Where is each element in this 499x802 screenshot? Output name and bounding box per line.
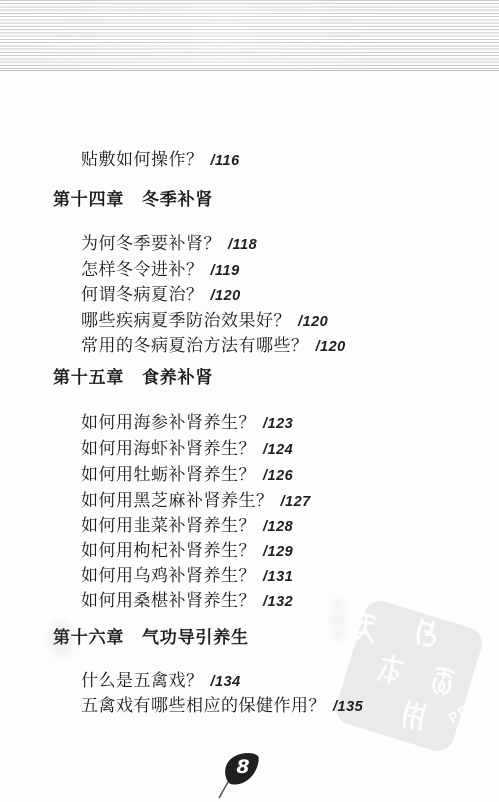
toc-item-page: /119 [211,263,240,279]
toc-item-page: /135 [333,699,363,715]
toc-item-page: /127 [281,494,311,510]
toc-item-text: 常用的冬病夏治方法有哪些？ [81,336,309,355]
toc-item-text: 如何用海参补肾养生？ [81,413,256,432]
toc-item-page: /134 [211,674,241,690]
toc-item: 如何用乌鸡补肾养生？/131 [81,566,293,587]
toc-item-page: /116 [211,153,240,169]
toc-item-page: /118 [228,237,257,253]
toc-item-page: /132 [263,594,293,610]
toc-item-page: /128 [263,519,293,535]
toc-item-page: /120 [298,314,328,330]
leaf-page-marker: 8 [217,751,269,802]
toc-item-text: 什么是五禽戏？ [81,671,204,690]
toc-item-text: 如何用枸杞补肾养生？ [81,541,256,560]
toc-item: 如何用海参补肾养生？/123 [81,413,293,434]
toc-item-page: /123 [263,416,293,432]
toc-item-text: 贴敷如何操作？ [81,150,204,169]
toc-item-page: /120 [211,288,241,304]
book-scan-page: 贴敷如何操作？/116 第十四章 冬季补肾 为何冬季要补肾？/118 怎样冬令进… [0,0,499,802]
toc-item: 什么是五禽戏？/134 [81,671,241,692]
toc-item-text: 怎样冬令进补？ [81,260,204,279]
chapter-heading: 第十六章 气功导引养生 [53,628,249,648]
watermark-stamp [332,597,486,755]
toc-item-text: 如何用牡蛎补肾养生？ [81,465,256,484]
toc-item: 如何用韭菜补肾养生？/128 [81,516,293,537]
toc-item: 怎样冬令进补？/119 [81,260,240,281]
toc-item: 如何用牡蛎补肾养生？/126 [81,465,293,486]
toc-item-text: 何谓冬病夏治？ [81,285,204,304]
toc-item-text: 如何用韭菜补肾养生？ [81,516,256,535]
toc-item: 常用的冬病夏治方法有哪些？/120 [81,336,346,357]
chapter-heading: 第十五章 食养补肾 [53,368,213,388]
toc-item-page: /120 [316,339,346,355]
toc-item: 何谓冬病夏治？/120 [81,285,241,306]
toc-item-page: /131 [263,569,293,585]
page-number: 8 [233,756,253,778]
toc-item: 如何用海虾补肾养生？/124 [81,439,293,460]
toc-item: 贴敷如何操作？/116 [81,150,240,171]
toc-item-page: /124 [263,442,293,458]
toc-item: 如何用桑椹补肾养生？/132 [81,591,293,612]
print-bleed-smudge [330,596,346,642]
toc-item: 五禽戏有哪些相应的保健作用？/135 [81,696,363,717]
toc-item: 如何用黑芝麻补肾养生？/127 [81,491,311,512]
toc-item: 哪些疾病夏季防治效果好？/120 [81,311,328,332]
toc-item-page: /126 [263,468,293,484]
toc-item-text: 五禽戏有哪些相应的保健作用？ [81,696,326,715]
toc-item-text: 为何冬季要补肾？ [81,234,221,253]
print-bleed-smudge [48,620,74,658]
toc-item-page: /129 [263,544,293,560]
chapter-heading: 第十四章 冬季补肾 [53,190,213,210]
toc-item: 如何用枸杞补肾养生？/129 [81,541,293,562]
toc-item-text: 如何用桑椹补肾养生？ [81,591,256,610]
toc-item-text: 如何用海虾补肾养生？ [81,439,256,458]
header-stripe-band [0,0,499,71]
toc-item-text: 如何用乌鸡补肾养生？ [81,566,256,585]
toc-item: 为何冬季要补肾？/118 [81,234,257,255]
toc-item-text: 如何用黑芝麻补肾养生？ [81,491,274,510]
toc-item-text: 哪些疾病夏季防治效果好？ [81,311,291,330]
